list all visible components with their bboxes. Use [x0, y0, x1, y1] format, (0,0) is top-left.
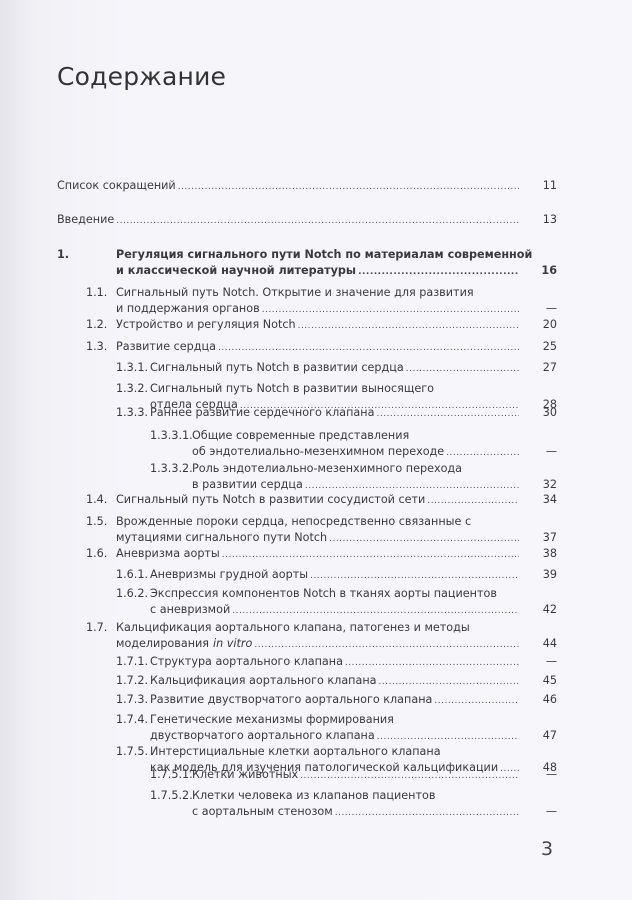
toc-entry-page: 39: [517, 567, 557, 583]
toc-entry-title: Роль эндотелиально-мезенхимного перехода: [192, 462, 462, 475]
toc-entry-title: Сигнальный путь Notch в развитии сердца: [150, 360, 404, 376]
toc-entry-page: 44: [517, 636, 557, 652]
toc-entry-title: об эндотелиально-мезенхимном переходе: [192, 444, 444, 460]
toc-entry-page: 20: [517, 317, 557, 333]
toc-entry-title: Аневризмы грудной аорты: [150, 567, 308, 583]
dot-leader: [218, 340, 519, 356]
toc-entry-page: 13: [517, 212, 557, 228]
toc-entry-title: Регуляция сигнального пути Notch по мате…: [116, 248, 532, 261]
toc-entry-number: 1.6.2.: [116, 586, 148, 602]
toc-entry-title: Кальцификация аортального клапана, патог…: [116, 621, 470, 634]
toc-entry-number: 1.7.1.: [116, 654, 148, 670]
toc-entry-number: 1.7.2.: [116, 673, 148, 689]
toc-entry-number: 1.6.1.: [116, 567, 148, 583]
toc-entry-number: 1.7.5.: [116, 744, 148, 760]
toc-entry-page: 11: [517, 178, 557, 194]
toc-entry-page: —: [517, 767, 557, 783]
dot-leader: [406, 361, 519, 377]
toc-entry-title: Сигнальный путь Notch. Открытие и значен…: [116, 286, 474, 299]
toc-entry-title: с аортальным стенозом: [192, 804, 333, 820]
toc-entry-title: Список сокращений: [57, 178, 176, 194]
dot-leader: [254, 637, 519, 653]
toc-entry-number: 1.3.3.2.: [150, 461, 193, 477]
toc-entry-page: 27: [517, 360, 557, 376]
toc-entry-title: в развитии сердца: [192, 477, 303, 493]
dot-leader: [358, 264, 519, 280]
dot-leader: [379, 674, 519, 690]
toc-entry-number: 1.1.: [86, 285, 107, 301]
toc-entry-number: 1.7.: [86, 620, 107, 636]
toc-entry-page: 37: [517, 530, 557, 546]
toc-entry-page: 47: [517, 728, 557, 744]
toc-entry-number: 1.3.2.: [116, 381, 148, 397]
toc-entry-title: и классической научной литературы: [116, 263, 356, 279]
toc-entry-title: Генетические механизмы формирования: [150, 713, 394, 726]
toc-entry-number: 1.5.: [86, 514, 107, 530]
dot-leader: [178, 179, 519, 195]
dot-leader: [446, 445, 519, 461]
dot-leader: [376, 406, 519, 422]
dot-leader: [262, 302, 519, 318]
toc-entry-page: —: [517, 804, 557, 820]
dot-leader: [377, 729, 519, 745]
toc-entry-page: 25: [517, 339, 557, 355]
toc-entry-title: Интерстициальные клетки аортального клап…: [150, 745, 441, 758]
toc-entry-number: 1.3.3.1.: [150, 428, 193, 444]
toc-entry-number: 1.: [57, 247, 69, 263]
toc-entry-number: 1.3.: [86, 339, 107, 355]
toc-entry-page: 32: [517, 477, 557, 493]
toc-entry-italic: in vitro: [213, 636, 252, 652]
toc-entry-number: 1.3.3.: [116, 405, 148, 421]
toc-entry-title: Клетки животных: [192, 767, 298, 783]
toc-entry-page: 30: [517, 405, 557, 421]
toc-entry-number: 1.6.: [86, 546, 107, 562]
toc-entry-title: Развитие сердца: [116, 339, 216, 355]
toc-entry-number: 1.3.1.: [116, 360, 148, 376]
toc-entry-page: 16: [517, 263, 557, 279]
toc-entry-title: мутациями сигнального пути Notch: [116, 530, 327, 546]
page-number: 3: [541, 838, 553, 860]
dot-leader: [329, 531, 519, 547]
toc-entry-number: 1.7.4.: [116, 712, 148, 728]
toc-entry-title: Клетки человека из клапанов пациентов: [192, 789, 435, 802]
dot-leader: [345, 655, 519, 671]
toc-entry-page: —: [517, 654, 557, 670]
toc-entry-page: —: [517, 444, 557, 460]
toc-entry-page: 42: [517, 602, 557, 618]
page-title: Содержание: [57, 62, 226, 91]
toc-entry-title: Сигнальный путь Notch в развитии выносящ…: [150, 382, 434, 395]
toc-entry-title: Структура аортального клапана: [150, 654, 343, 670]
dot-leader: [427, 493, 519, 509]
toc-entry-title: Общие современные представления: [192, 429, 409, 442]
toc-entry-title: Кальцификация аортального клапана: [150, 673, 377, 689]
dot-leader: [434, 693, 519, 709]
toc-entry-number: 1.7.5.2.: [150, 788, 193, 804]
toc-entry-number: 1.7.5.1.: [150, 767, 193, 783]
toc-entry-title: Аневризма аорты: [116, 546, 220, 562]
toc-entry-title: Устройство и регуляция Notch: [116, 317, 296, 333]
toc-entry-title: Раннее развитие сердечного клапана: [150, 405, 374, 421]
toc-entry-page: 46: [517, 692, 557, 708]
dot-leader: [116, 213, 519, 229]
toc-entry-page: 34: [517, 492, 557, 508]
toc-entry-page: 38: [517, 546, 557, 562]
dot-leader: [298, 318, 519, 334]
toc-entry-title: с аневризмой: [150, 602, 230, 618]
toc-entry-title: Сигнальный путь Notch в развитии сосудис…: [116, 492, 425, 508]
dot-leader: [222, 547, 519, 563]
toc-entry-number: 1.7.3.: [116, 692, 148, 708]
toc-entry-page: 45: [517, 673, 557, 689]
toc-entry-number: 1.2.: [86, 317, 107, 333]
toc-entry-title: Экспрессия компонентов Notch в тканях ао…: [150, 587, 497, 600]
dot-leader: [310, 568, 519, 584]
toc-entry-title: Врожденные пороки сердца, непосредственн…: [116, 515, 471, 528]
toc-entry-page: —: [517, 301, 557, 317]
dot-leader: [300, 768, 519, 784]
toc-entry-number: 1.4.: [86, 492, 107, 508]
toc-entry-title: двустворчатого аортального клапана: [150, 728, 375, 744]
toc-entry-title: Введение: [57, 212, 114, 228]
dot-leader: [335, 805, 519, 821]
dot-leader: [232, 603, 519, 619]
toc-entry-title: Развитие двустворчатого аортального клап…: [150, 692, 432, 708]
toc-entry-title: моделирования: [116, 636, 209, 652]
toc-entry-title: и поддержания органов: [116, 301, 260, 317]
